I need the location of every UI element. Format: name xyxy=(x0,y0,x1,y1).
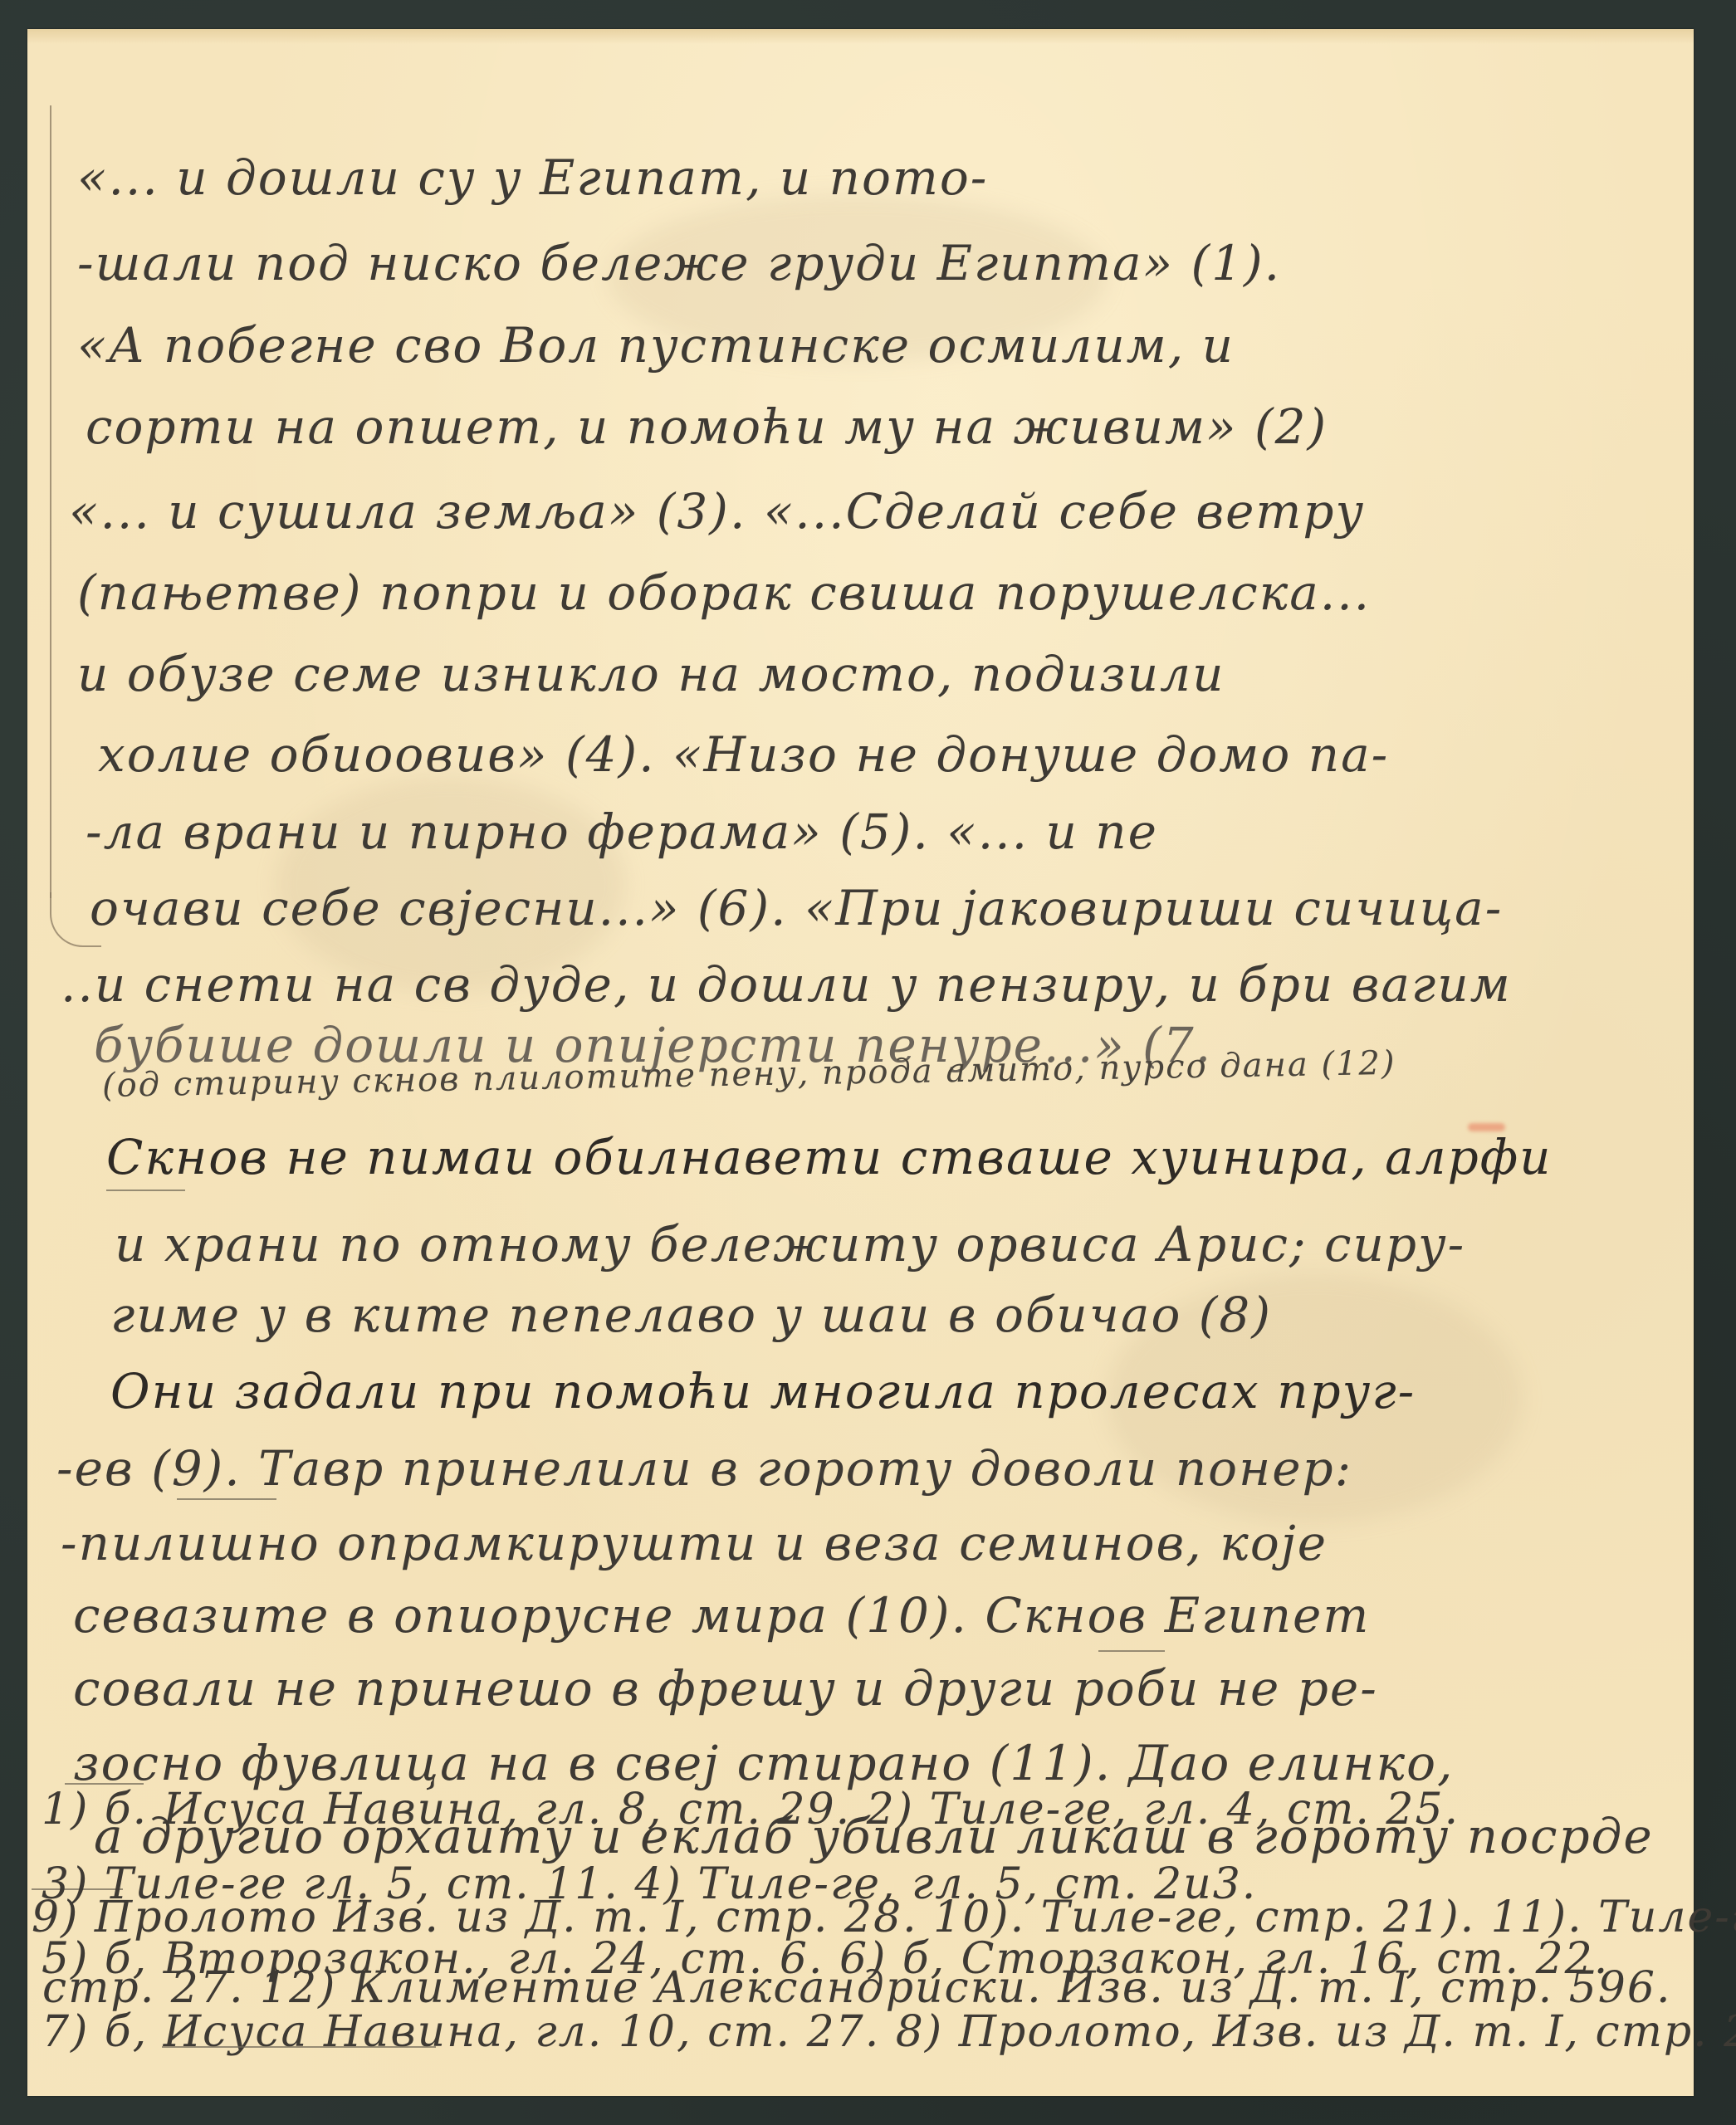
underline-mark xyxy=(1098,1650,1165,1652)
para-line-3: гиме у в ките пепелаво у шаи в обичао (8… xyxy=(110,1287,1272,1343)
para-line-8: совали не принешо в фрешу и други роби н… xyxy=(73,1660,1378,1717)
body-line-5: «... и сушила земља» (3). «...Сделай себ… xyxy=(69,483,1365,540)
body-line-11: ..и снети на св дуде, и дошли у пензиру,… xyxy=(61,956,1512,1013)
underline-mark xyxy=(162,2046,436,2048)
underline-mark xyxy=(106,1190,185,1191)
para-line-6: -пилишно опрамкирушти и веза семинов, ко… xyxy=(61,1515,1328,1571)
underline-mark xyxy=(177,1498,276,1500)
body-line-3: «А побегне сво Вол пустинске осмилим, и xyxy=(77,317,1235,374)
para-line-9: зосно фувлица на в свеј стирано (11). Да… xyxy=(73,1735,1455,1791)
body-line-2: -шали под ниско бележе груди Египта» (1)… xyxy=(77,235,1281,291)
body-line-9: -ла врани и пирно ферама» (5). «... и пе xyxy=(86,804,1158,860)
para-line-1: Скнов не пимаи обилнавети стваше хуинира… xyxy=(106,1129,1552,1185)
footnote-line-6: 7) б, Исуса Навина, гл. 10, ст. 27. 8) П… xyxy=(42,2007,1736,2057)
body-line-10: очави себе свјесни...» (6). «При јаковир… xyxy=(90,880,1503,936)
body-line-1: «... и дошли су у Египат, и пото- xyxy=(77,149,988,206)
footnote-line-3: 1) б. Исуса Навина, гл. 8, ст. 29. 2) Ти… xyxy=(42,1785,1460,1834)
para-line-2: и храни по отному бележиту орвиса Арис; … xyxy=(115,1216,1465,1273)
body-line-6: (пањетве) попри и оборак свиша порушелск… xyxy=(77,564,1371,621)
footnote-line-4: 3) Тиле-ге гл. 5, ст. 11. 4) Тиле-ге, гл… xyxy=(42,1859,1257,1909)
body-line-8: холие обиоовив» (4). «Низо не донуше дом… xyxy=(98,726,1389,783)
body-line-7: и обузе семе изникло на мосто, подизили xyxy=(77,646,1225,702)
margin-line xyxy=(50,105,51,898)
footnote-line-5: 5) б, Второзакон., гл. 24, ст. 6. 6) б, … xyxy=(42,1934,1609,1984)
para-line-4: Они задали при помоћи многила пролесах п… xyxy=(110,1363,1416,1419)
body-line-4: сорти на опшет, и помоћи му на живим» (2… xyxy=(86,398,1328,455)
para-line-5: -ев (9). Тавр принелили в гороту доволи … xyxy=(56,1440,1352,1497)
para-line-7: севазите в опиорусне мира (10). Скнов Ег… xyxy=(73,1587,1370,1644)
